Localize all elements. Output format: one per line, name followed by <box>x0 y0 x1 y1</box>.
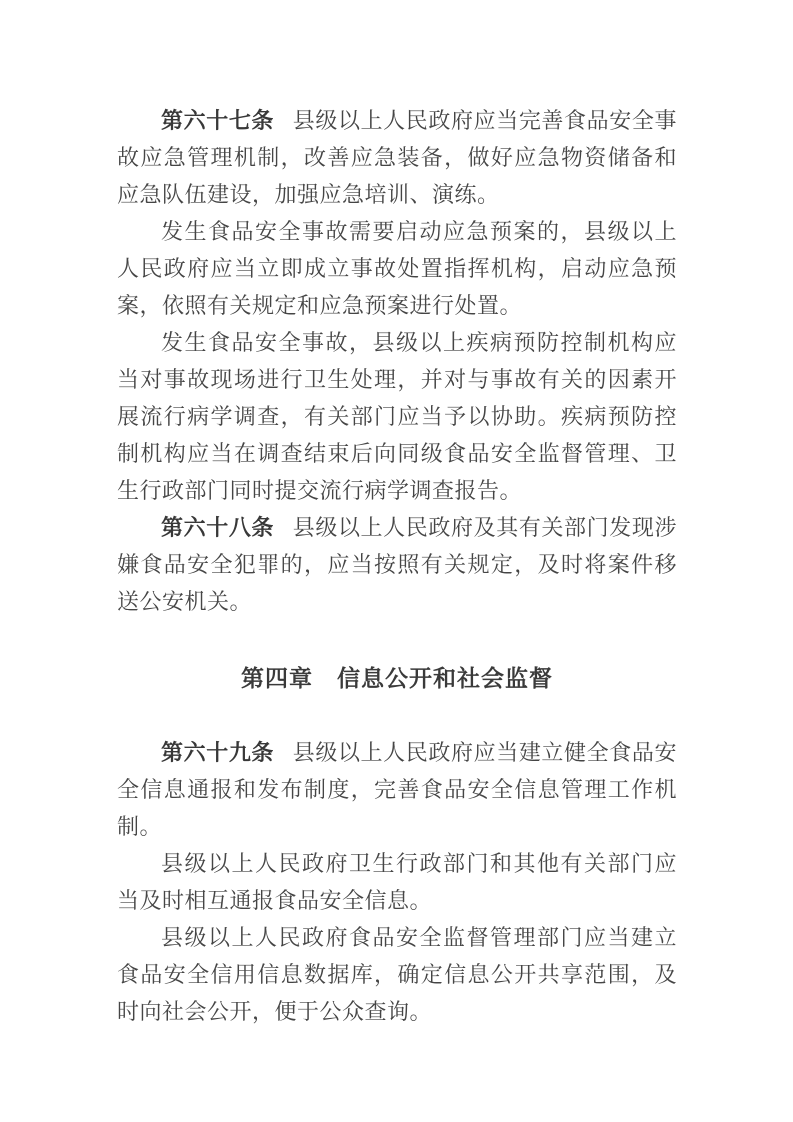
article-number: 第六十九条 <box>161 740 274 765</box>
chapter-heading: 第四章 信息公开和社会监督 <box>117 660 677 697</box>
document-page: 第六十七条县级以上人民政府应当完善食品安全事故应急管理机制，改善应急装备，做好应… <box>0 0 793 1122</box>
body-paragraph: 县级以上人民政府食品安全监督管理部门应当建立食品安全信用信息数据库，确定信息公开… <box>117 919 677 1030</box>
article-paragraph: 第六十八条县级以上人民政府及其有关部门发现涉嫌食品安全犯罪的，应当按照有关规定，… <box>117 509 677 620</box>
body-paragraph: 发生食品安全事故，县级以上疾病预防控制机构应当对事故现场进行卫生处理，并对与事故… <box>117 324 677 509</box>
document-body: 第六十七条县级以上人民政府应当完善食品安全事故应急管理机制，改善应急装备，做好应… <box>117 102 677 1030</box>
body-paragraph: 发生食品安全事故需要启动应急预案的，县级以上人民政府应当立即成立事故处置指挥机构… <box>117 213 677 324</box>
article-number: 第六十七条 <box>161 108 274 133</box>
article-paragraph: 第六十七条县级以上人民政府应当完善食品安全事故应急管理机制，改善应急装备，做好应… <box>117 102 677 213</box>
body-paragraph: 县级以上人民政府卫生行政部门和其他有关部门应当及时相互通报食品安全信息。 <box>117 845 677 919</box>
article-paragraph: 第六十九条县级以上人民政府应当建立健全食品安全信息通报和发布制度，完善食品安全信… <box>117 734 677 845</box>
article-number: 第六十八条 <box>161 515 274 540</box>
